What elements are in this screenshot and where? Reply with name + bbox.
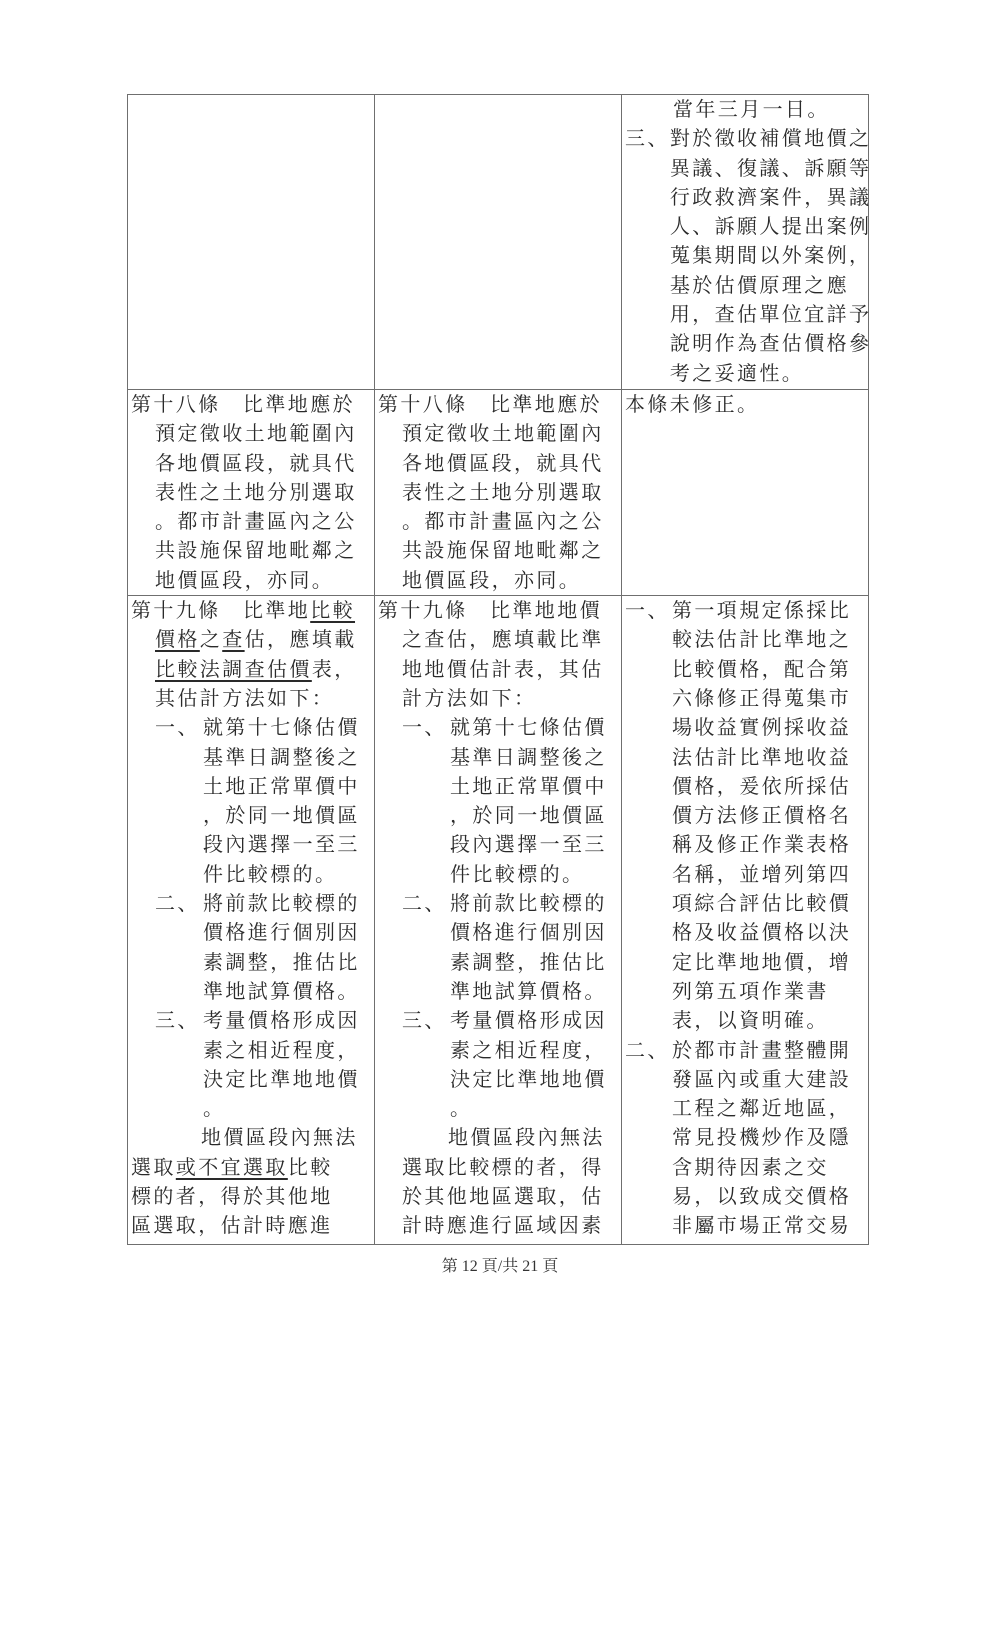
table-row: 當年三月一日。 三、 對於徵收補償地價之 異議、復議、訴願等 行政救濟案件，異議…	[128, 95, 869, 390]
amended-underline: 查	[222, 627, 244, 651]
explanation-cell: 當年三月一日。 三、 對於徵收補償地價之 異議、復議、訴願等 行政救濟案件，異議…	[622, 95, 869, 390]
amended-text-cell: 第十九條 比準地比較 價格之查估，應填載 比較法調查估價表， 其估計方法如下： …	[128, 596, 375, 1245]
article-heading: 第十九條 比準地地價	[378, 596, 618, 625]
explanation-item-2: 二、 於都市計畫整體開 發區內或重大建設 工程之鄰近地區， 常見投機炒作及隱 含…	[625, 1036, 865, 1241]
item-marker: 三、	[625, 124, 670, 388]
article-heading: 第十九條 比準地比較	[131, 596, 371, 625]
paragraph-2: 地價區段內無法	[378, 1123, 618, 1152]
page-number: 第 12 頁/共 21 頁	[0, 1253, 1000, 1276]
article-heading: 第十八條 比準地應於	[378, 390, 618, 419]
current-text-cell	[375, 95, 622, 390]
explanation-item-1: 一、 第一項規定係採比 較法估計比準地之 比較價格，配合第 六條修正得蒐集市 場…	[625, 596, 865, 1035]
not-amended-note: 本條未修正。	[625, 390, 865, 419]
amended-underline: 比較	[310, 598, 355, 622]
article-heading: 第十八條 比準地應於	[131, 390, 371, 419]
current-text-cell: 第十九條 比準地地價 之查估，應填載比準 地地價估計表，其估 計方法如下： 一、…	[375, 596, 622, 1245]
subitem-1: 一、 就第十七條估價 基準日調整後之 土地正常單價中 ，於同一地價區 段內選擇一…	[131, 713, 371, 889]
explanation-item-3: 三、 對於徵收補償地價之 異議、復議、訴願等 行政救濟案件，異議 人、訴願人提出…	[625, 124, 865, 388]
explanation-cell: 本條未修正。	[622, 390, 869, 596]
current-text-cell: 第十八條 比準地應於 預定徵收土地範圍內 各地價區段，就具代 表性之土地分別選取…	[375, 390, 622, 596]
amended-underline: 價格	[155, 627, 200, 651]
continuation-line: 當年三月一日。	[625, 95, 865, 124]
subitem-3: 三、 考量價格形成因 素之相近程度， 決定比準地地價 。	[378, 1006, 618, 1123]
paragraph-2: 地價區段內無法	[131, 1123, 371, 1152]
explanation-cell: 一、 第一項規定係採比 較法估計比準地之 比較價格，配合第 六條修正得蒐集市 場…	[622, 596, 869, 1245]
amended-underline: 比較法調查估價	[155, 657, 312, 681]
comparison-table: 當年三月一日。 三、 對於徵收補償地價之 異議、復議、訴願等 行政救濟案件，異議…	[127, 94, 869, 1245]
amended-text-cell	[128, 95, 375, 390]
subitem-3: 三、 考量價格形成因 素之相近程度， 決定比準地地價 。	[131, 1006, 371, 1123]
subitem-2: 二、 將前款比較標的 價格進行個別因 素調整，推估比 準地試算價格。	[131, 889, 371, 1006]
amended-underline: 或不宜選取	[176, 1155, 288, 1179]
table-row-article-19: 第十九條 比準地比較 價格之查估，應填載 比較法調查估價表， 其估計方法如下： …	[128, 596, 869, 1245]
table-row-article-18: 第十八條 比準地應於 預定徵收土地範圍內 各地價區段，就具代 表性之土地分別選取…	[128, 390, 869, 596]
amended-text-cell: 第十八條 比準地應於 預定徵收土地範圍內 各地價區段，就具代 表性之土地分別選取…	[128, 390, 375, 596]
subitem-1: 一、 就第十七條估價 基準日調整後之 土地正常單價中 ，於同一地價區 段內選擇一…	[378, 713, 618, 889]
subitem-2: 二、 將前款比較標的 價格進行個別因 素調整，推估比 準地試算價格。	[378, 889, 618, 1006]
